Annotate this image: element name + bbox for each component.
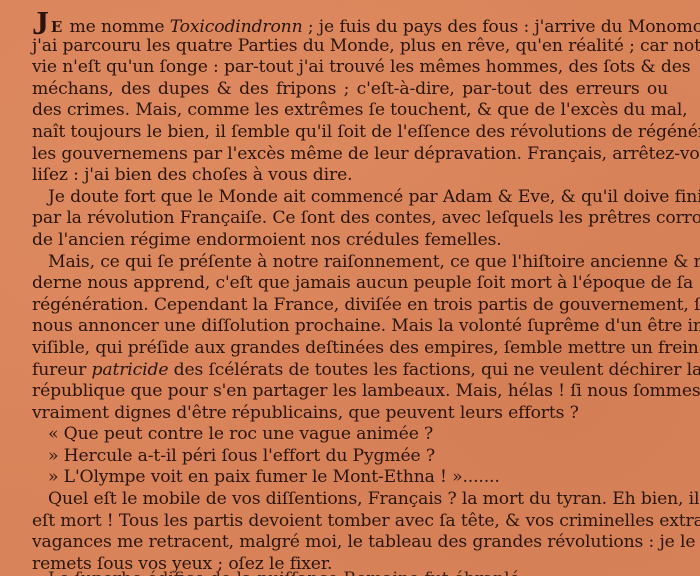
paragraph-line: par la révolution Françaiſe. Ce ſont des… [32,208,668,230]
text-span: fureur [32,360,92,380]
paragraph-line: fureur patricide des ſcélérats de toutes… [32,360,668,382]
paragraph-line: nous annoncer une diſſolution prochaine.… [32,316,668,338]
verse-line: » L'Olympe voit en paix fumer le Mont-Et… [32,467,668,489]
text-span: des ſcélérats de toutes les factions, qu… [168,360,700,380]
text-span: ; je fuis du pays des fous : j'arrive du… [303,17,700,37]
paragraph-line: Quel eſt le mobile de vos diſſentions, F… [32,489,668,511]
verse-line: « Que peut contre le roc une vague animé… [32,424,668,446]
paragraph-line: Mais, ce qui ſe préſente à notre raiſonn… [32,252,668,274]
document-page: JE me nomme Toxicodindronn ; je fuis du … [32,8,668,575]
italic-word: patricide [92,360,169,380]
paragraph-line: république que pour s'en partager les la… [32,381,668,403]
paragraph-line: liſez : j'ai bien des choſes à vous dire… [32,165,668,187]
text-span: me nomme [64,17,170,37]
first-line: JE me nomme Toxicodindronn ; je fuis du … [32,8,668,36]
cut-off-line: Le ſuperbe édifice de la puiſſance Romai… [48,569,608,576]
verse-line: » Hercule a-t-il péri ſous l'effort du P… [32,446,668,468]
paragraph-line: Je doute fort que le Monde ait commencé … [32,187,668,209]
paragraph-line: vie n'eſt qu'un ſonge : par-tout j'ai tr… [32,57,668,79]
paragraph-line: vraiment dignes d'être républicains, que… [32,403,668,425]
paragraph-line: naît toujours le bien, il ſemble qu'il ſ… [32,122,668,144]
paragraph-line: les gouvernemens par l'excès même de leu… [32,144,668,166]
paragraph-line: des crimes. Mais, comme les extrêmes ſe … [32,100,668,122]
paragraph-line: régénération. Cependant la France, diviſ… [32,295,668,317]
name-italic: Toxicodindronn [170,17,303,37]
paragraph-line: derne nous apprend, c'eſt que jamais auc… [32,273,668,295]
paragraph-line: j'ai parcouru les quatre Parties du Mond… [32,36,668,58]
small-cap: E [51,18,62,36]
paragraph-line: de l'ancien régime endormoient nos crédu… [32,230,668,252]
paragraph-line: eſt mort ! Tous les partis devoient tomb… [32,511,668,533]
paragraph-line: viſible, qui préſide aux grandes deſtiné… [32,338,668,360]
paragraph-line: vagances me retracent, malgré moi, le ta… [32,532,668,554]
paragraph-line: méchans, des dupes & des fripons ; c'eſt… [32,79,668,101]
